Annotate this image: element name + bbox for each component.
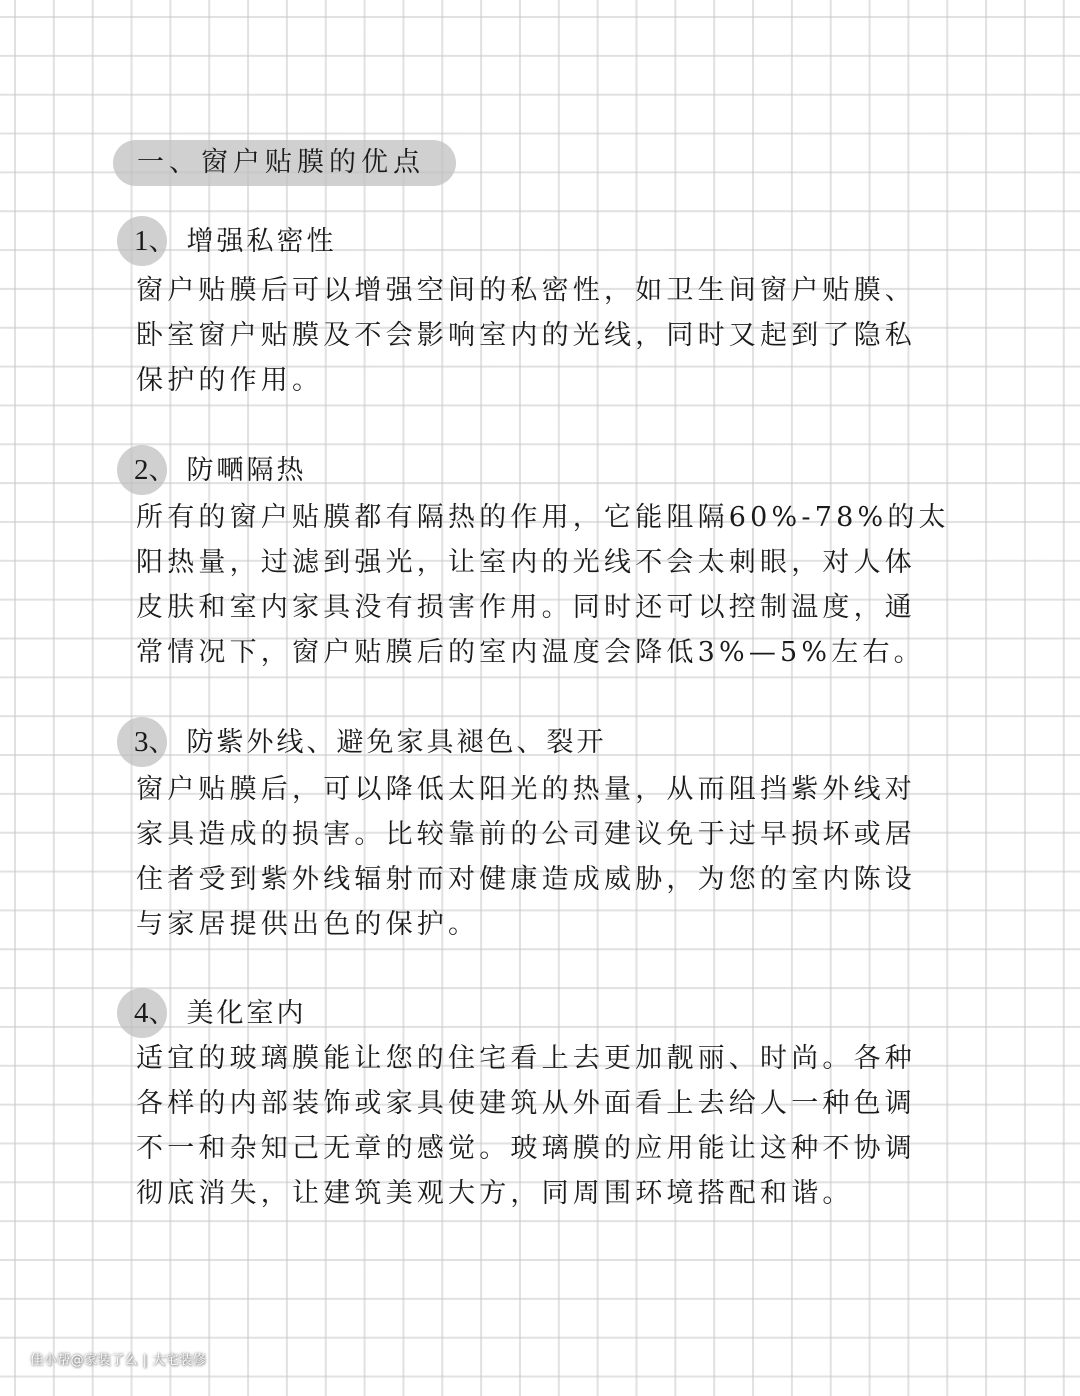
body-line: 窗户贴膜后，可以降低太阳光的热量，从而阻挡紫外线对 — [136, 767, 956, 812]
body-line: 保护的作用。 — [136, 358, 956, 403]
body-line: 彻底消失，让建筑美观大方，同周围环境搭配和谐。 — [136, 1171, 956, 1216]
body-line: 阳热量，过滤到强光，让室内的光线不会太刺眼，对人体 — [136, 540, 956, 585]
section-number: 4 — [134, 997, 149, 1029]
section-heading: 1、增强私密性 — [134, 216, 337, 266]
section-heading-text: 防紫外线、避免家具褪色、裂开 — [187, 727, 607, 758]
body-line: 适宜的玻璃膜能让您的住宅看上去更加靓丽、时尚。各种 — [136, 1036, 956, 1081]
section-number: 1 — [134, 225, 149, 257]
body-line: 窗户贴膜后可以增强空间的私密性，如卫生间窗户贴膜、 — [136, 268, 956, 313]
body-line: 住者受到紫外线辐射而对健康造成威胁，为您的室内陈设 — [136, 857, 956, 902]
body-line: 常情况下，窗户贴膜后的室内温度会降低3%—5%左右。 — [136, 630, 956, 675]
body-line: 卧室窗户贴膜及不会影响室内的光线，同时又起到了隐私 — [136, 313, 956, 358]
section-heading: 3、防紫外线、避免家具褪色、裂开 — [134, 717, 607, 767]
body-line: 皮肤和室内家具没有损害作用。同时还可以控制温度，通 — [136, 585, 956, 630]
body-line: 所有的窗户贴膜都有隔热的作用，它能阻隔60%-78%的太 — [136, 495, 956, 540]
section-number-separator: 、 — [149, 998, 179, 1029]
watermark: 佳小帮@家装了么 | 大宅装修 — [30, 1349, 206, 1368]
section-heading-text: 防嗮隔热 — [187, 455, 307, 486]
section-body: 窗户贴膜后，可以降低太阳光的热量，从而阻挡紫外线对 家具造成的损害。比较靠前的公… — [136, 767, 956, 947]
section-heading-text: 增强私密性 — [187, 226, 337, 257]
section-heading: 4、美化室内 — [134, 988, 307, 1038]
section-number-separator: 、 — [149, 455, 179, 486]
section-body: 适宜的玻璃膜能让您的住宅看上去更加靓丽、时尚。各种 各样的内部装饰或家具使建筑从… — [136, 1036, 956, 1216]
section-heading: 2、防嗮隔热 — [134, 445, 307, 495]
body-line: 家具造成的损害。比较靠前的公司建议免于过早损坏或居 — [136, 812, 956, 857]
section-number: 3 — [134, 726, 149, 758]
section-number: 2 — [134, 454, 149, 486]
section-body: 所有的窗户贴膜都有隔热的作用，它能阻隔60%-78%的太 阳热量，过滤到强光，让… — [136, 495, 956, 675]
section-number-separator: 、 — [149, 226, 179, 257]
body-line: 各样的内部装饰或家具使建筑从外面看上去给人一种色调 — [136, 1081, 956, 1126]
section-body: 窗户贴膜后可以增强空间的私密性，如卫生间窗户贴膜、 卧室窗户贴膜及不会影响室内的… — [136, 268, 956, 403]
page-title: 一、窗户贴膜的优点 — [137, 140, 425, 186]
body-line: 与家居提供出色的保护。 — [136, 902, 956, 947]
section-heading-text: 美化室内 — [187, 998, 307, 1029]
body-line: 不一和杂知己无章的感觉。玻璃膜的应用能让这种不协调 — [136, 1126, 956, 1171]
section-number-separator: 、 — [149, 727, 179, 758]
